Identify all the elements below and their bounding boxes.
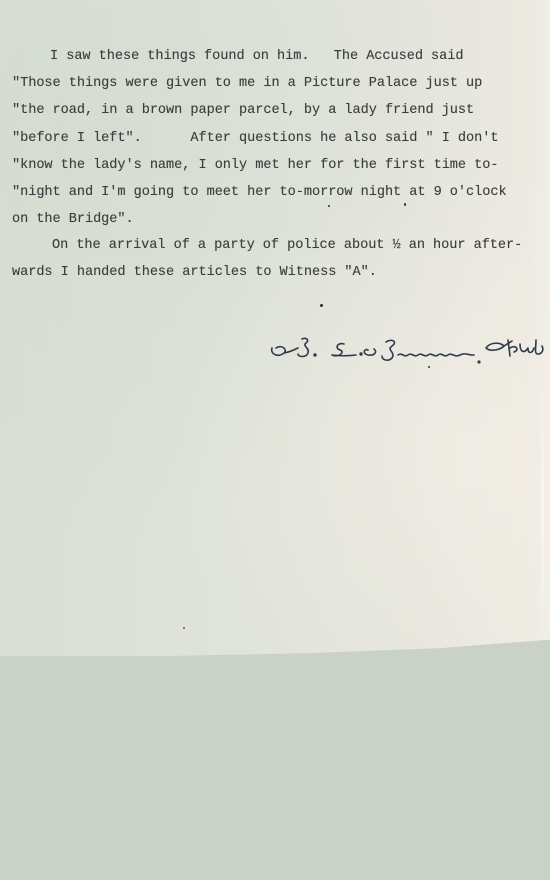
- ink-speck: [328, 205, 330, 207]
- paper-speck: [183, 627, 185, 629]
- signature-scrawl: [268, 328, 548, 372]
- handwritten-signature: [268, 328, 548, 372]
- statement-line-4: "before I left". After questions he also…: [12, 131, 498, 147]
- ink-speck: [320, 304, 323, 307]
- statement-line-3: "the road, in a brown paper parcel, by a…: [12, 103, 474, 119]
- statement-line-2: "Those things were given to me in a Pict…: [12, 76, 482, 92]
- statement-line-8: On the arrival of a party of police abou…: [52, 238, 522, 254]
- ink-speck: [404, 203, 406, 206]
- statement-line-7: on the Bridge".: [12, 212, 134, 228]
- statement-line-1: I saw these things found on him. The Acc…: [50, 49, 464, 65]
- statement-line-5: "know the lady's name, I only met her fo…: [12, 158, 498, 174]
- statement-line-6: "night and I'm going to meet her to-morr…: [12, 185, 507, 201]
- statement-line-9: wards I handed these articles to Witness…: [12, 265, 377, 281]
